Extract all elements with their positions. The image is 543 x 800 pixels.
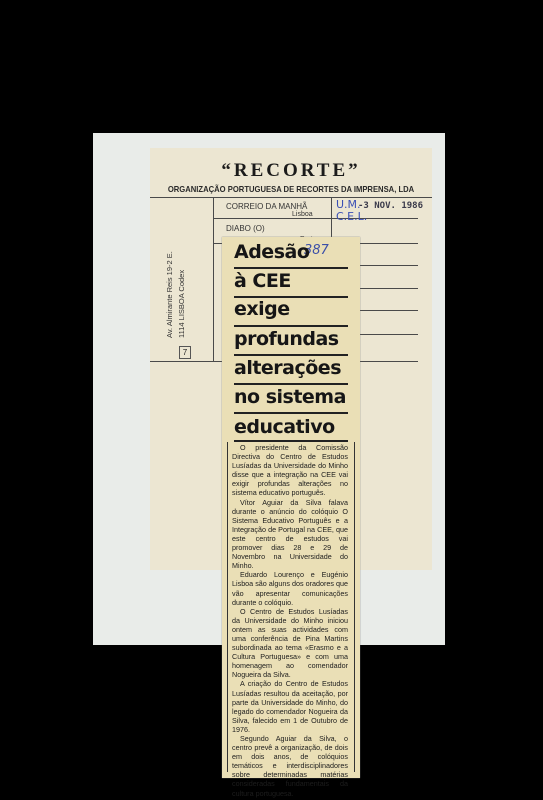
newspaper-clipping: 387 Adesão à CEE exige profundas alteraç… <box>222 237 360 778</box>
form-subtitle: ORGANIZAÇÃO PORTUGUESA DE RECORTES DA IM… <box>164 184 418 194</box>
article-paragraph: O Centro de Estudos Lusíadas da Universi… <box>232 607 348 680</box>
article-paragraph: A criação do Centro de Estudos Lusíadas … <box>232 679 348 734</box>
column-border <box>227 442 228 772</box>
handwritten-note: C.E.L. <box>336 210 367 223</box>
article-body: O presidente da Comissão Directiva do Ce… <box>232 443 348 798</box>
address-block: Av. Almirante Reis 19-2 E. 1114 LISBOA C… <box>164 251 188 338</box>
headline-line: educativo <box>234 416 335 438</box>
article-paragraph: Vítor Aguiar da Silva falava durante o a… <box>232 498 348 571</box>
date-stamp: -3 NOV. 1986 <box>358 201 423 211</box>
rule <box>234 412 348 414</box>
rule <box>234 325 348 327</box>
headline-line: no sistema <box>234 386 346 408</box>
article-paragraph: Segundo Aguiar da Silva, o centro prevê … <box>232 734 348 798</box>
form-title: “RECORTE” <box>150 160 432 182</box>
headline-line: à CEE <box>234 270 291 292</box>
address-line: Av. Almirante Reis 19-2 E. <box>164 251 176 338</box>
publication-name: CORREIO DA MANHÃ <box>226 202 307 211</box>
divider <box>213 197 214 362</box>
box-number: 7 <box>179 346 191 359</box>
publication-name: DIABO (O) <box>226 224 265 233</box>
divider <box>150 197 432 198</box>
headline-line: exige <box>234 298 290 320</box>
article-paragraph: O presidente da Comissão Directiva do Ce… <box>232 443 348 498</box>
column-border <box>354 442 355 772</box>
headline-line: alterações <box>234 357 341 379</box>
rule <box>234 354 348 356</box>
rule <box>234 383 348 385</box>
address-line: 1114 LISBOA Codex <box>176 251 188 338</box>
headline-line: profundas <box>234 328 339 350</box>
divider <box>213 218 418 219</box>
article-paragraph: Eduardo Lourenço e Eugénio Lisboa são al… <box>232 570 348 606</box>
publication-city: Lisboa <box>292 211 313 218</box>
rule <box>234 267 348 269</box>
headline-line: Adesão <box>234 241 309 263</box>
rule <box>234 440 348 442</box>
